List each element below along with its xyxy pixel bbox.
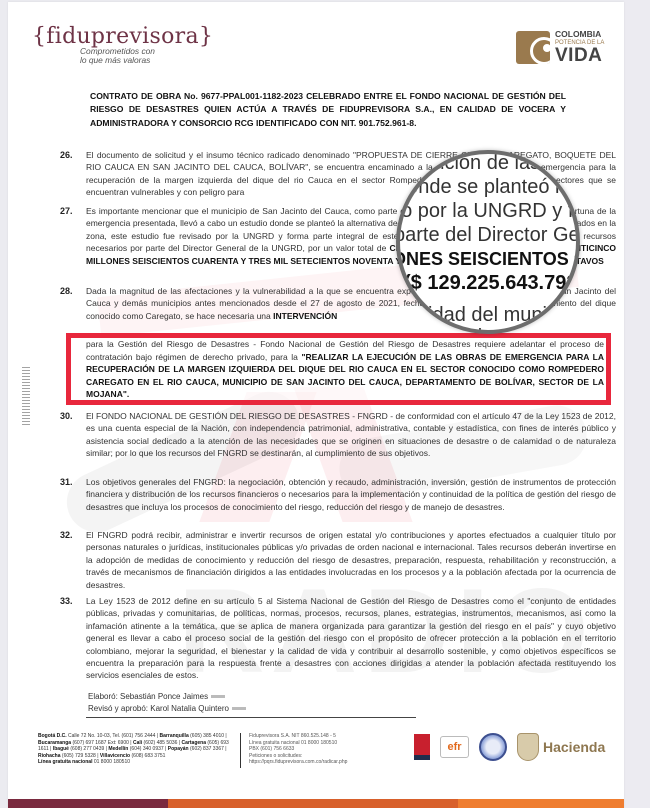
magnified-line: comunidad del municipio [396,304,580,327]
bar-segment [458,799,624,808]
magnified-line: do por la UNGRD y forma [396,200,580,223]
efr-logo: efr [440,736,469,758]
tagline-line: lo que más valoras [80,56,155,65]
office-city: Cali [133,740,144,746]
footer-offices: Bogotá D.C. Calle 72 No. 10-03, Tel. (60… [38,733,238,766]
clause-text: El FONDO NACIONAL DE GESTIÓN DEL RIESGO … [86,411,616,458]
office-info: (602) 837 3367 | [190,746,227,752]
office-city: Riohacha [38,753,62,759]
office-city: Bucaramanga [38,740,72,746]
office-city: Barranquilla [160,733,191,739]
clause-number: 33. [60,595,73,607]
clause-number: 31. [60,476,73,488]
magnified-amount: ($ 129.225.643.793.78). [404,272,580,295]
clause-30: 30. El FONDO NACIONAL DE GESTIÓN DEL RIE… [86,410,616,460]
footer-logos: efr Hacienda [414,733,605,761]
colombia-vida-icon [516,31,550,64]
prepared-by: Elaboró: Sebastián Ponce Jaimes [88,692,208,701]
footer-company-info: Fiduprevisora S.A. NIT 860.525.148 - 5 L… [249,733,349,766]
signature-mark [232,707,246,710]
great-place-to-work-badge [414,734,430,760]
clause-32: 32. El FNGRD podrá recibir, administrar … [86,529,616,591]
signature-mark [211,695,225,698]
office-info: (605) 729 5328 | [62,753,100,759]
clause-33: 33. La Ley 1523 de 2012 define en su art… [86,595,616,682]
office-info: (605) 385 4010 | [190,733,227,739]
office-info: (602) 485 5036 | [144,740,182,746]
footer-divider [240,733,241,768]
clause-text: El FNGRD podrá recibir, administrar e in… [86,530,616,590]
fiduprevisora-tagline: Comprometidos con lo que más valoras [80,47,155,65]
clause-number: 26. [60,149,73,161]
magnifier-lens: a ejecución de las obras donde se plante… [396,150,580,334]
footer-line: Fiduprevisora S.A. NIT 860.525.148 - 5 [249,733,349,740]
highlighted-clause: para la Gestión del Riesgo de Desastres … [86,338,604,401]
clause-number: 27. [60,205,73,217]
magnified-line: parte del Director General [396,224,580,247]
viewer-gutter [624,0,650,808]
office-city: Popayán [168,746,190,752]
office-info: Calle 72 No. 10-03, Tel. (601) 756 2444 … [68,733,160,739]
clause-number: 32. [60,529,73,541]
logo-text: VIDA [555,46,604,65]
magnified-line: LLONES SEISCIENTOS CUARENTA [396,249,580,270]
contract-title: CONTRATO DE OBRA No. 9677-PPAL001-1182-2… [90,90,566,130]
seal-logo [479,733,507,761]
office-info: (604) 340 0937 | [130,746,168,752]
footer-color-bar [8,799,624,808]
clause-bold-text: INTERVENCIÓN [273,311,337,321]
office-city: Bogotá D.C. [38,733,68,739]
bar-segment [8,799,168,808]
clause-text: La Ley 1523 de 2012 define en su artícul… [86,596,616,680]
clause-text: Los objetivos generales del FNGRD: la ne… [86,477,616,512]
document-page: RADIO {fiduprevisora} Comprometidos con … [8,2,624,808]
colombia-vida-logo: COLOMBIA POTENCIA DE LA VIDA [516,30,604,65]
watermark-stripe [57,382,309,542]
footer-link[interactable]: https://pqrs.fiduprevisora.com.co/radica… [249,759,349,766]
office-info: (608) 277 0439 | [70,746,108,752]
office-info: (607) 697 1687 Ext: 6900 | [72,740,133,746]
hacienda-logo: Hacienda [517,733,605,761]
office-info: (608) 683 3751 [132,753,166,759]
clause-number: 30. [60,410,73,422]
logo-text: COLOMBIA [555,30,604,39]
office-city: Medellín [108,746,129,752]
bar-segment [168,799,458,808]
office-info: 01 8000 180510 [94,759,130,765]
side-stamp [22,367,30,427]
office-city: Línea gratuita nacional [38,759,94,765]
office-city: Ibagué [53,746,71,752]
magnified-line: donde se planteó la alternativa [396,176,580,199]
coat-of-arms-icon [517,733,539,761]
reviewed-by: Revisó y aprobó: Karol Natalia Quintero [88,704,229,713]
hacienda-label: Hacienda [543,739,605,755]
office-city: Villavicencio [100,753,132,759]
clause-31: 31. Los objetivos generales del FNGRD: l… [86,476,616,513]
signoff-block: Elaboró: Sebastián Ponce Jaimes Revisó y… [88,691,246,715]
magnified-line: a ejecución de las obras [396,152,580,175]
office-city: Cartagena [182,740,208,746]
clause-number: 28. [60,285,73,297]
signoff-rule [86,717,416,718]
